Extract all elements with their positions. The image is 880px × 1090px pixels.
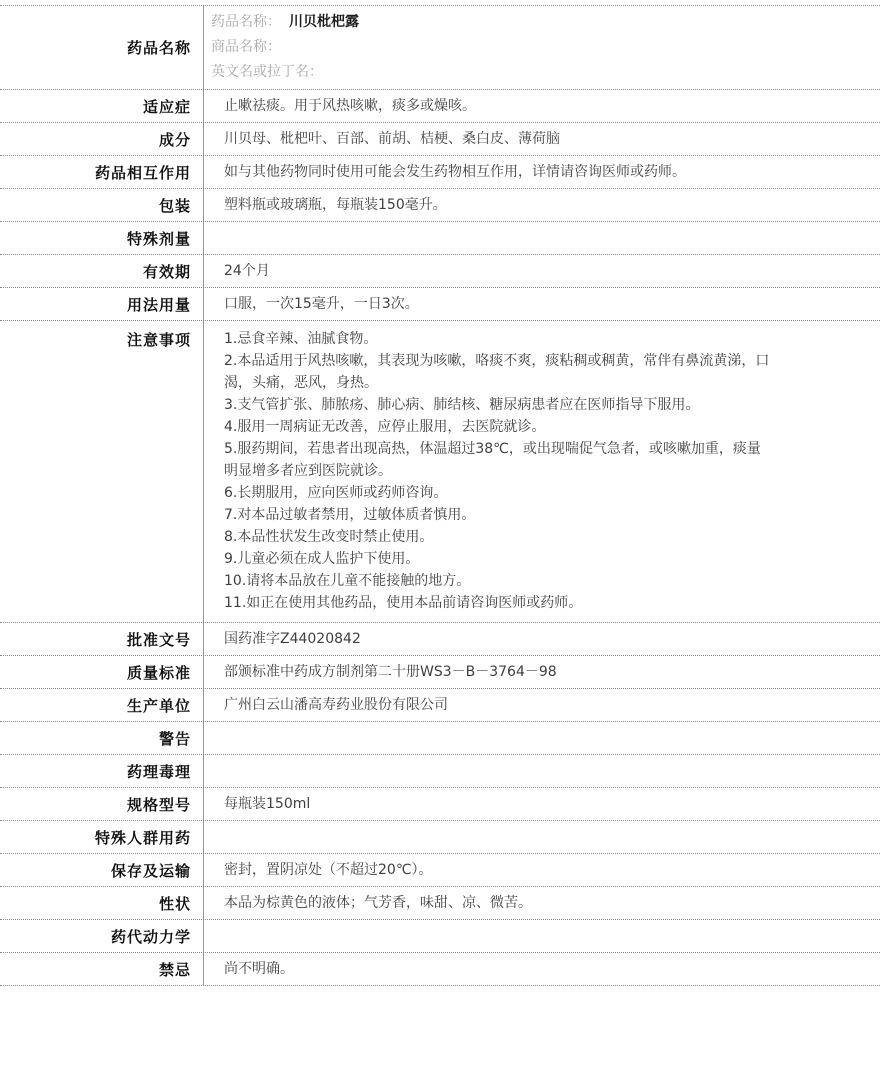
- row-label: 药代动力学: [0, 920, 203, 952]
- row-specification: 规格型号 每瓶装150ml: [0, 788, 880, 821]
- row-label: 批准文号: [0, 623, 203, 655]
- row-indications: 适应症 止嗽祛痰。用于风热咳嗽，痰多或燥咳。: [0, 90, 880, 123]
- row-value: 24个月: [203, 255, 880, 287]
- row-label: 特殊人群用药: [0, 821, 203, 853]
- row-value: [203, 222, 880, 254]
- row-label: 性状: [0, 887, 203, 919]
- row-special-dosage: 特殊剂量: [0, 222, 880, 255]
- row-value: 药品名称：川贝枇杷露 商品名称： 英文名或拉丁名：: [203, 6, 880, 89]
- row-label: 药品名称: [0, 6, 203, 89]
- row-value: 塑料瓶或玻璃瓶，每瓶装150毫升。: [203, 189, 880, 221]
- row-label: 药理毒理: [0, 755, 203, 787]
- row-precautions: 注意事项 1.忌食辛辣、油腻食物。 2.本品适用于风热咳嗽，其表现为咳嗽，咯痰不…: [0, 321, 880, 623]
- row-value: 国药准字Z44020842: [203, 623, 880, 655]
- row-value: [203, 920, 880, 952]
- row-label: 包装: [0, 189, 203, 221]
- row-drug-interactions: 药品相互作用 如与其他药物同时使用可能会发生药物相互作用，详情请咨询医师或药师。: [0, 156, 880, 189]
- row-pharmacokinetics: 药代动力学: [0, 920, 880, 953]
- row-value: [203, 821, 880, 853]
- row-special-populations: 特殊人群用药: [0, 821, 880, 854]
- row-label: 用法用量: [0, 288, 203, 320]
- row-ingredients: 成分 川贝母、枇杷叶、百部、前胡、桔梗、桑白皮、薄荷脑: [0, 123, 880, 156]
- row-manufacturer: 生产单位 广州白云山潘高寿药业股份有限公司: [0, 689, 880, 722]
- row-packaging: 包装 塑料瓶或玻璃瓶，每瓶装150毫升。: [0, 189, 880, 222]
- row-shelf-life: 有效期 24个月: [0, 255, 880, 288]
- row-value: 川贝母、枇杷叶、百部、前胡、桔梗、桑白皮、薄荷脑: [203, 123, 880, 155]
- row-value: 本品为棕黄色的液体；气芳香，味甜、凉、微苦。: [203, 887, 880, 919]
- drug-info-table: 药品名称 药品名称：川贝枇杷露 商品名称： 英文名或拉丁名： 适应症 止嗽祛痰。…: [0, 5, 880, 986]
- row-properties: 性状 本品为棕黄色的液体；气芳香，味甜、凉、微苦。: [0, 887, 880, 920]
- row-warning: 警告: [0, 722, 880, 755]
- row-label: 生产单位: [0, 689, 203, 721]
- row-quality-standard: 质量标准 部颁标准中药成方制剂第二十册WS3－B－3764－98: [0, 656, 880, 689]
- row-value: 每瓶装150ml: [203, 788, 880, 820]
- row-value: 广州白云山潘高寿药业股份有限公司: [203, 689, 880, 721]
- trade-name-line: 商品名称：: [211, 35, 864, 60]
- row-value: 止嗽祛痰。用于风热咳嗽，痰多或燥咳。: [203, 90, 880, 122]
- drug-name-value: 川贝枇杷露: [289, 14, 359, 30]
- row-storage-transport: 保存及运输 密封，置阴凉处（不超过20℃）。: [0, 854, 880, 887]
- row-contraindications: 禁忌 尚不明确。: [0, 953, 880, 986]
- row-label: 有效期: [0, 255, 203, 287]
- trade-name-key: 商品名称：: [211, 39, 281, 55]
- drug-name-line: 药品名称：川贝枇杷露: [211, 10, 864, 35]
- row-value: 如与其他药物同时使用可能会发生药物相互作用，详情请咨询医师或药师。: [203, 156, 880, 188]
- row-label: 禁忌: [0, 953, 203, 985]
- row-value: 口服，一次15毫升，一日3次。: [203, 288, 880, 320]
- row-label: 质量标准: [0, 656, 203, 688]
- row-value: [203, 722, 880, 754]
- row-label: 保存及运输: [0, 854, 203, 886]
- row-label: 成分: [0, 123, 203, 155]
- row-label: 警告: [0, 722, 203, 754]
- english-name-line: 英文名或拉丁名：: [211, 60, 864, 85]
- row-dosage-administration: 用法用量 口服，一次15毫升，一日3次。: [0, 288, 880, 321]
- page: { "colors": { "row_border": "#8c8c8c", "…: [0, 0, 880, 1090]
- row-label: 规格型号: [0, 788, 203, 820]
- row-approval-number: 批准文号 国药准字Z44020842: [0, 623, 880, 656]
- row-pharmacology-toxicology: 药理毒理: [0, 755, 880, 788]
- english-name-key: 英文名或拉丁名：: [211, 64, 323, 80]
- row-label: 药品相互作用: [0, 156, 203, 188]
- row-value: 部颁标准中药成方制剂第二十册WS3－B－3764－98: [203, 656, 880, 688]
- row-value: 密封，置阴凉处（不超过20℃）。: [203, 854, 880, 886]
- drug-name-key: 药品名称：: [211, 14, 281, 30]
- row-label: 适应症: [0, 90, 203, 122]
- row-label: 特殊剂量: [0, 222, 203, 254]
- row-value: 尚不明确。: [203, 953, 880, 985]
- row-value: 1.忌食辛辣、油腻食物。 2.本品适用于风热咳嗽，其表现为咳嗽，咯痰不爽，痰粘稠…: [203, 321, 880, 622]
- row-label: 注意事项: [0, 321, 203, 622]
- row-drug-name: 药品名称 药品名称：川贝枇杷露 商品名称： 英文名或拉丁名：: [0, 6, 880, 90]
- row-value: [203, 755, 880, 787]
